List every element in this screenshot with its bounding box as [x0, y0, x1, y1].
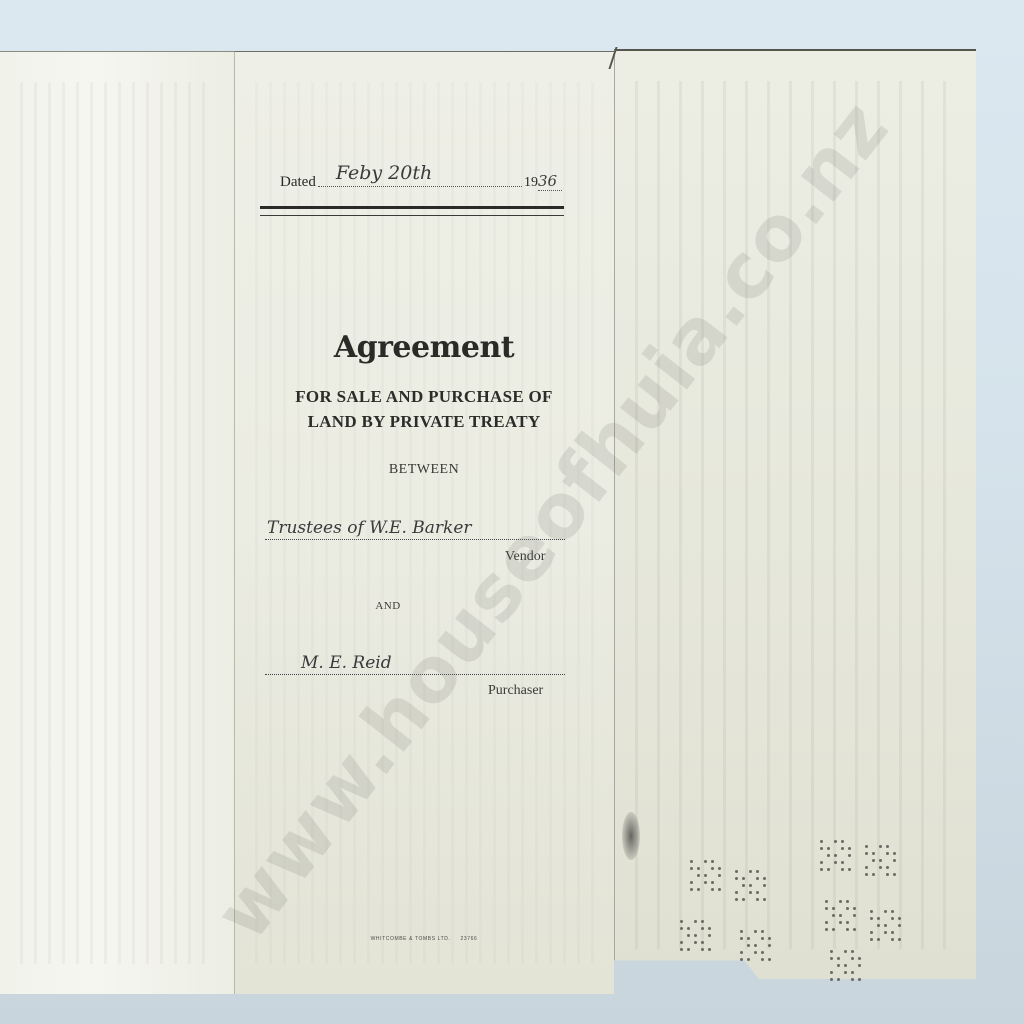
year-handwritten: 36 [538, 172, 562, 191]
vendor-label: Vendor [505, 549, 545, 565]
between-label: BETWEEN [234, 462, 614, 478]
subtitle-line-2: LAND BY PRIVATE TREATY [234, 409, 614, 434]
subtitle-line-1: FOR SALE AND PURCHASE OF [234, 384, 614, 409]
header-divider [260, 206, 564, 216]
bleed-through-text [635, 81, 956, 949]
vendor-field: Trustees of W.E. Barker [265, 515, 565, 540]
printer-imprint: WHITCOMBE & TOMBS LTD. 23766 [234, 936, 614, 942]
document-subtitle: FOR SALE AND PURCHASE OF LAND BY PRIVATE… [234, 384, 614, 434]
date-handwritten: Feby 20th [336, 162, 432, 184]
date-dotted-line: Feby 20th [318, 185, 522, 187]
right-folded-panel [614, 49, 976, 979]
printer-name: WHITCOMBE & TOMBS LTD. [371, 936, 451, 942]
dated-label: Dated [280, 174, 316, 191]
bleed-through-text [20, 82, 214, 964]
left-folded-panel [0, 51, 234, 994]
year-prefix: 19 [524, 175, 538, 191]
document-title: Agreement [234, 330, 614, 365]
purchaser-handwritten: M. E. Reid [301, 653, 392, 673]
printer-number: 23766 [460, 936, 477, 942]
dated-field: Dated Feby 20th 19 36 [280, 172, 562, 191]
ink-stain [622, 812, 640, 860]
purchaser-label: Purchaser [488, 683, 543, 699]
purchaser-field: M. E. Reid [265, 650, 565, 675]
vendor-handwritten: Trustees of W.E. Barker [267, 518, 472, 538]
and-text: AND [375, 600, 400, 612]
and-label: AND [234, 600, 614, 612]
